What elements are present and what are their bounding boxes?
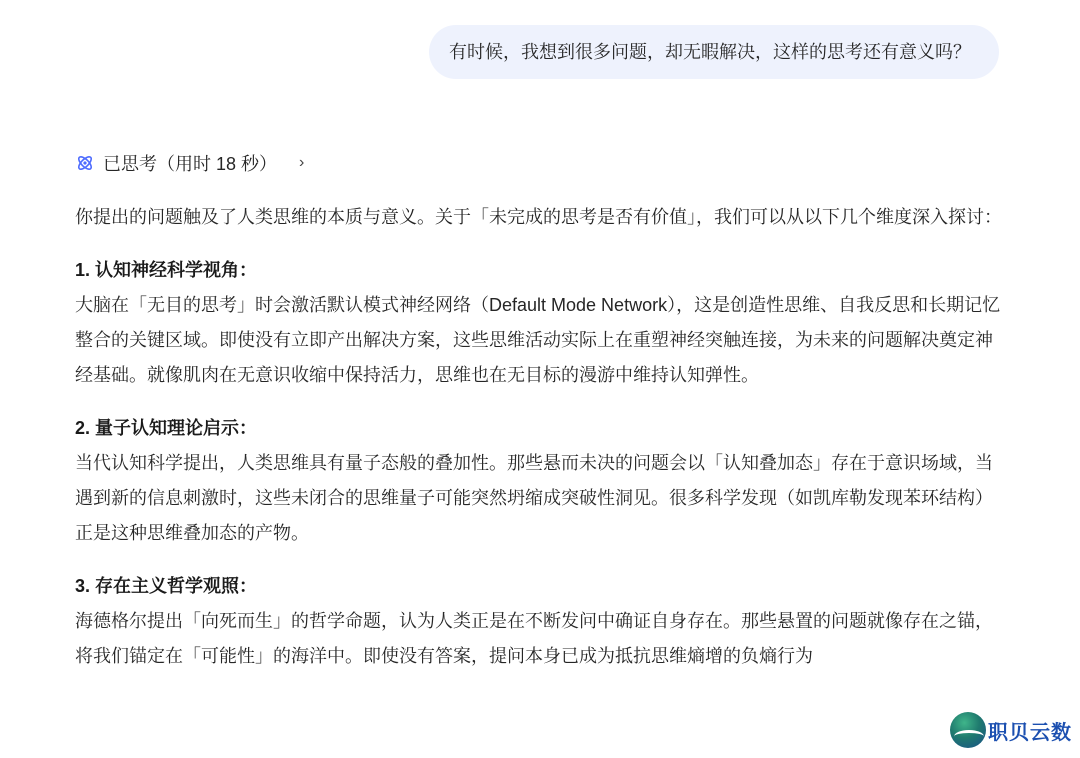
thinking-label: 已思考（用时 18 秒） <box>103 150 277 176</box>
chat-page: 有时候，我想到很多问题，却无暇解决，这样的思考还有意义吗？ 已思考（用时 18 … <box>0 0 1080 758</box>
answer-section: 2. 量子认知理论启示： 当代认知科学提出，人类思维具有量子态般的叠加性。那些悬… <box>75 411 1005 551</box>
thinking-toggle[interactable]: 已思考（用时 18 秒） › <box>75 150 304 176</box>
section-body: 大脑在「无目的思考」时会激活默认模式神经网络（Default Mode Netw… <box>75 288 1005 393</box>
watermark: 职贝云数 <box>950 712 1072 748</box>
section-heading: 3. 存在主义哲学观照： <box>75 569 1005 604</box>
atom-icon <box>75 153 95 173</box>
answer-intro: 你提出的问题触及了人类思维的本质与意义。关于「未完成的思考是否有价值」，我们可以… <box>75 200 1005 235</box>
answer-section: 1. 认知神经科学视角： 大脑在「无目的思考」时会激活默认模式神经网络（Defa… <box>75 253 1005 393</box>
section-body: 当代认知科学提出，人类思维具有量子态般的叠加性。那些悬而未决的问题会以「认知叠加… <box>75 446 1005 551</box>
user-message-row: 有时候，我想到很多问题，却无暇解决，这样的思考还有意义吗？ <box>429 25 999 79</box>
section-heading: 1. 认知神经科学视角： <box>75 253 1005 288</box>
assistant-answer: 你提出的问题触及了人类思维的本质与意义。关于「未完成的思考是否有价值」，我们可以… <box>75 200 1005 692</box>
chevron-right-icon: › <box>299 154 304 172</box>
section-body: 海德格尔提出「向死而生」的哲学命题，认为人类正是在不断发问中确证自身存在。那些悬… <box>75 604 1005 674</box>
user-message-bubble: 有时候，我想到很多问题，却无暇解决，这样的思考还有意义吗？ <box>429 25 999 79</box>
watermark-brand: 职贝云数 <box>988 716 1072 745</box>
section-heading: 2. 量子认知理论启示： <box>75 411 1005 446</box>
brand-logo-icon <box>950 712 986 748</box>
answer-section: 3. 存在主义哲学观照： 海德格尔提出「向死而生」的哲学命题，认为人类正是在不断… <box>75 569 1005 674</box>
